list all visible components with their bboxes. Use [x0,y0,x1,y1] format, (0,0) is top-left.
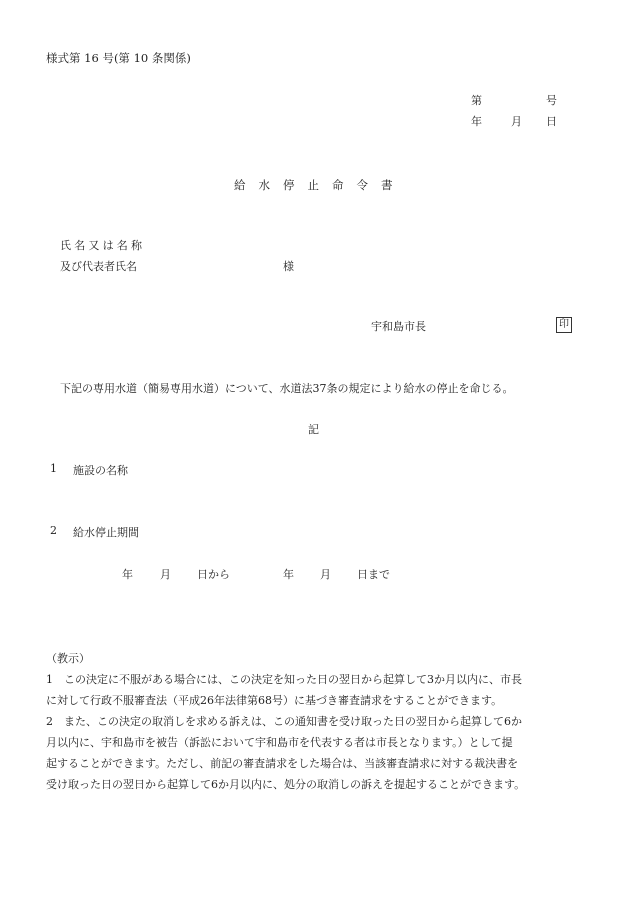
appeal-notice: （教示） 1 この決定に不服がある場合には、この決定を知った日の翌日から起算して… [46,648,596,795]
notice-line: 月以内に、宇和島市を被告（訴訟において宇和島市を代表する者は市長となります。）と… [46,732,596,753]
item-facility-name: 1 施設の名称 [50,462,57,475]
item-suspension-period: 2 給水停止期間 [50,524,57,537]
item-number: 1 [50,462,57,475]
ki-heading: 記 [308,421,319,437]
date-day: 日 [546,113,557,129]
form-number: 様式第 16 号(第 10 条関係) [46,50,191,66]
page-title: 給水停止命令書 [234,177,406,193]
to-month: 月 [320,566,331,582]
seal-box: 印 [556,317,572,333]
item-label: 施設の名称 [73,462,128,478]
to-day: 日まで [357,566,390,582]
addressee-name-label: 氏名又は名称 [60,237,145,253]
honorific: 様 [283,258,294,274]
notice-line: 2 また、この決定の取消しを求める訴えは、この通知書を受け取った日の翌日から起算… [46,711,596,732]
addressee-representative-label: 及び代表者氏名 [60,258,137,274]
notice-line: 1 この決定に不服がある場合には、この決定を知った日の翌日から起算して3か月以内… [46,669,596,690]
notice-line: に対して行政不服審査法（平成26年法律第68号）に基づき審査請求をすることができ… [46,690,596,711]
from-day: 日から [197,566,230,582]
notice-heading: （教示） [46,648,596,669]
doc-number-prefix: 第 [471,92,482,108]
from-month: 月 [160,566,171,582]
issuer-name: 宇和島市長 [371,318,426,334]
doc-number-suffix: 号 [546,92,557,108]
item-label: 給水停止期間 [73,524,139,540]
notice-line: 起することができます。ただし、前記の審査請求をした場合は、当該審査請求に対する裁… [46,753,596,774]
from-year: 年 [122,566,133,582]
date-month: 月 [511,113,522,129]
order-statement: 下記の専用水道（簡易専用水道）について、水道法37条の規定により給水の停止を命じ… [60,380,514,396]
notice-line: 受け取った日の翌日から起算して6か月以内に、処分の取消しの訴えを提起することがで… [46,774,596,795]
to-year: 年 [283,566,294,582]
date-year: 年 [471,113,482,129]
item-number: 2 [50,524,57,537]
